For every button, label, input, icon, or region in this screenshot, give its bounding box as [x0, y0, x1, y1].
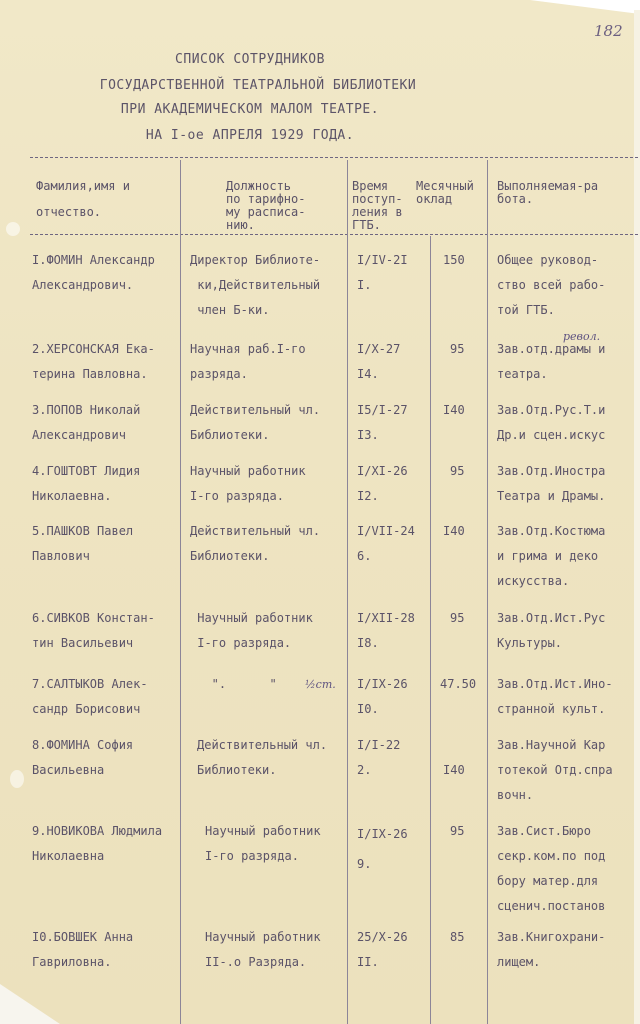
row-work: Зав.отд.драмы и театра. — [497, 337, 605, 387]
row-position: Действительный чл. Библиотеки. — [197, 733, 327, 783]
row-hired: I/IX-26 I0. — [357, 672, 408, 722]
row-position: ". " — [190, 672, 277, 697]
header-name: Фамилия,имя и отчество. — [36, 180, 130, 219]
handwritten-annotation: ½ст. — [305, 678, 336, 691]
row-position: Научная раб.I-го разряда. — [190, 337, 306, 387]
row-salary: 150 — [443, 248, 465, 273]
row-salary: 95 — [450, 606, 464, 631]
header-position: Должность по тарифно- му расписа- нию. — [226, 180, 305, 232]
column-divider — [430, 236, 431, 1024]
row-name: 4.ГОШТОВТ Лидия Николаевна. — [32, 459, 140, 509]
row-name: 7.САЛТЫКОВ Алек- сандр Борисович — [32, 672, 148, 722]
row-name: 5.ПАШКОВ Павел Павлович — [32, 519, 133, 569]
page-corner — [530, 0, 640, 14]
row-name: 9.НОВИКОВА Людмила Николаевна — [32, 819, 162, 869]
row-salary: I40 — [443, 398, 465, 423]
row-hired: I/XI-26 I2. — [357, 459, 408, 509]
row-name: 8.ФОМИНА София Васильевна — [32, 733, 133, 783]
row-salary: I40 — [443, 758, 465, 783]
row-work: Зав.Книгохрани- лищем. — [497, 925, 605, 975]
row-name: I.ФОМИН Александр Александрович. — [32, 248, 155, 298]
title-line-4: НА I-ое АПРЕЛЯ 1929 ГОДА. — [0, 128, 500, 143]
row-work: Зав.Отд.Ист.Ино- странной культ. — [497, 672, 613, 722]
title-line-3: ПРИ АКАДЕМИЧЕСКОМ МАЛОМ ТЕАТРЕ. — [0, 102, 500, 117]
row-position: Научный работник I-го разряда. — [205, 819, 321, 869]
header-bottom-rule — [30, 234, 638, 235]
row-work: Общее руковод- ство всей рабо- той ГТБ. — [497, 248, 605, 323]
row-work: Зав.Отд.Костюма и грима и деко искусства… — [497, 519, 605, 594]
header-top-rule — [30, 157, 638, 158]
row-work: Зав.Отд.Рус.Т.и Др.и сцен.искус — [497, 398, 605, 448]
row-salary: 95 — [450, 459, 464, 484]
column-divider — [180, 160, 181, 1024]
row-work: Зав.Сист.Бюро секр.ком.по под бору матер… — [497, 819, 605, 919]
column-divider — [487, 160, 488, 1024]
row-name: 6.СИВКОВ Констан- тин Васильевич — [32, 606, 155, 656]
row-work: Зав.Отд.Ист.Рус Культуры. — [497, 606, 605, 656]
row-name: I0.БОВШЕК Анна Гавриловна. — [32, 925, 133, 975]
row-hired: I/IX-26 9. — [357, 819, 408, 879]
row-name: 3.ПОПОВ Николай Александрович — [32, 398, 140, 448]
title-line-2: ГОСУДАРСТВЕННОЙ ТЕАТРАЛЬНОЙ БИБЛИОТЕКИ — [8, 78, 508, 93]
row-position: Научный работник I-го разряда. — [190, 459, 306, 509]
row-hired: I/VII-24 6. — [357, 519, 415, 569]
row-salary: 47.50 — [440, 672, 476, 697]
row-position: Научный работник II-.о Разряда. — [205, 925, 321, 975]
row-salary: 95 — [450, 337, 464, 362]
header-work: Выполняемая-ра бота. — [497, 180, 598, 206]
handwritten-annotation: револ. — [563, 330, 600, 343]
header-hired: Время поступ- ления в ГТБ. — [352, 180, 403, 232]
row-position: Действительный чл. Библиотеки. — [190, 398, 320, 448]
row-name: 2.ХЕРСОНСКАЯ Ека- терина Павловна. — [32, 337, 155, 387]
page-edge — [634, 10, 640, 1024]
row-position: Директор Библиоте- ки,Действительный чле… — [190, 248, 320, 323]
row-hired: I/I-22 2. — [357, 733, 400, 783]
row-position: Действительный чл. Библиотеки. — [190, 519, 320, 569]
row-hired: 25/X-26 II. — [357, 925, 408, 975]
row-hired: I/IV-2I I. — [357, 248, 408, 298]
paper-stain — [6, 222, 20, 236]
row-position: Научный работник I-го разряда. — [190, 606, 313, 656]
row-hired: I5/I-27 I3. — [357, 398, 408, 448]
page-bottom-fold — [0, 984, 60, 1024]
column-divider — [347, 160, 348, 1024]
paper-stain — [10, 770, 24, 788]
row-salary: 85 — [450, 925, 464, 950]
title-line-1: СПИСОК СОТРУДНИКОВ — [0, 52, 500, 67]
row-work: Зав.Отд.Иностра Театра и Драмы. — [497, 459, 605, 509]
row-hired: I/XII-28 I8. — [357, 606, 415, 656]
row-work: Зав.Научной Кар тотекой Отд.спра вочн. — [497, 733, 613, 808]
row-hired: I/X-27 I4. — [357, 337, 400, 387]
row-salary: I40 — [443, 519, 465, 544]
page-number: 182 — [594, 22, 623, 40]
header-salary: Месячный оклад — [416, 180, 474, 206]
row-salary: 95 — [450, 819, 464, 844]
